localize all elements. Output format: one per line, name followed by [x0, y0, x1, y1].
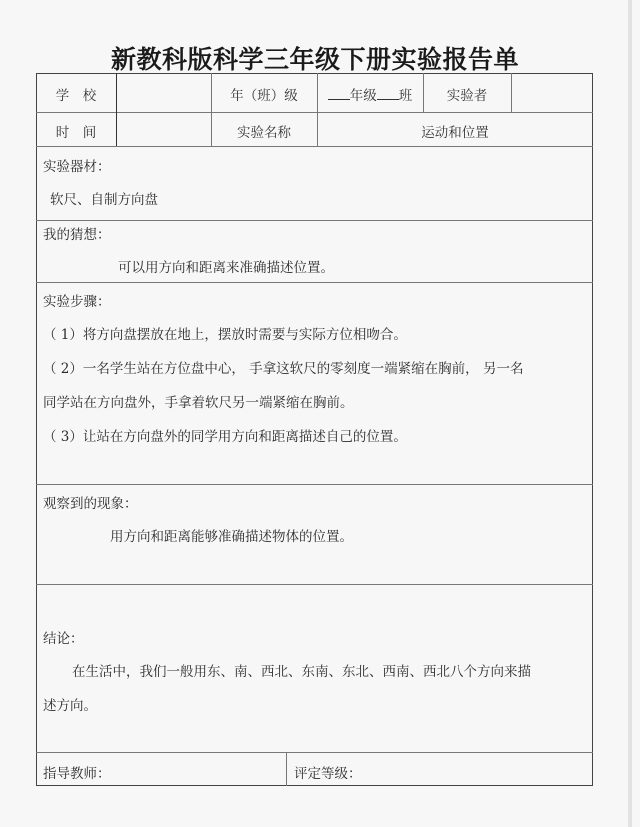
hypothesis-content: 可以用方向和距离来准确描述位置。 [118, 256, 334, 276]
hypothesis-label: 我的猜想： [43, 223, 111, 243]
class-unit-text: 班 [399, 88, 413, 104]
step-line: （ 2）一名学生站在方位盘中心， 手拿这软尺的零刻度一端紧缩在胸前， 另一名 [43, 357, 523, 377]
conclusion-line: 述方向。 [43, 694, 97, 714]
materials-label: 实验器材： [43, 155, 111, 175]
col-divider [511, 73, 512, 112]
col-divider [286, 752, 287, 786]
page-title: 新教科版科学三年级下册实验报告单 [0, 40, 630, 76]
step-line: 同学站在方向盘外，手拿着软尺另一端紧缩在胸前。 [43, 391, 354, 411]
grade-label: 年（班）级 [211, 84, 317, 104]
class-blank[interactable] [377, 87, 399, 100]
col-divider [116, 73, 117, 146]
observation-content: 用方向和距离能够准确描述物体的位置。 [110, 525, 353, 545]
scrollbar[interactable] [628, 0, 632, 827]
grade-field[interactable]: 年级班 [317, 84, 423, 104]
materials-content: 软尺、自制方向盘 [50, 188, 158, 208]
grade-blank[interactable] [328, 87, 350, 100]
teacher-label: 指导教师： [43, 762, 111, 782]
experiment-name-value: 运动和位置 [317, 121, 593, 141]
conclusion-label: 结论： [43, 627, 84, 647]
step-line: （ 3）让站在方向盘外的同学用方向和距离描述自己的位置。 [43, 425, 407, 445]
experiment-name-label: 实验名称 [211, 121, 317, 141]
school-label: 学 校 [36, 84, 116, 104]
row-divider [36, 282, 593, 283]
grade-unit-text: 年级 [350, 88, 377, 104]
conclusion-line: 在生活中，我们一般用东、南、西北、东南、东北、西南、西北八个方向来描 [72, 660, 531, 680]
rating-label: 评定等级： [294, 762, 362, 782]
row-divider [36, 484, 593, 485]
experimenter-label: 实验者 [423, 84, 511, 104]
row-divider [36, 146, 593, 147]
time-label: 时 间 [36, 121, 116, 141]
step-line: （ 1）将方向盘摆放在地上，摆放时需要与实际方位相吻合。 [43, 323, 407, 343]
steps-label: 实验步骤： [43, 290, 111, 310]
row-divider [36, 220, 593, 221]
row-divider [36, 584, 593, 585]
observation-label: 观察到的现象： [43, 492, 138, 512]
row-divider [36, 752, 593, 753]
row-divider [36, 112, 593, 113]
